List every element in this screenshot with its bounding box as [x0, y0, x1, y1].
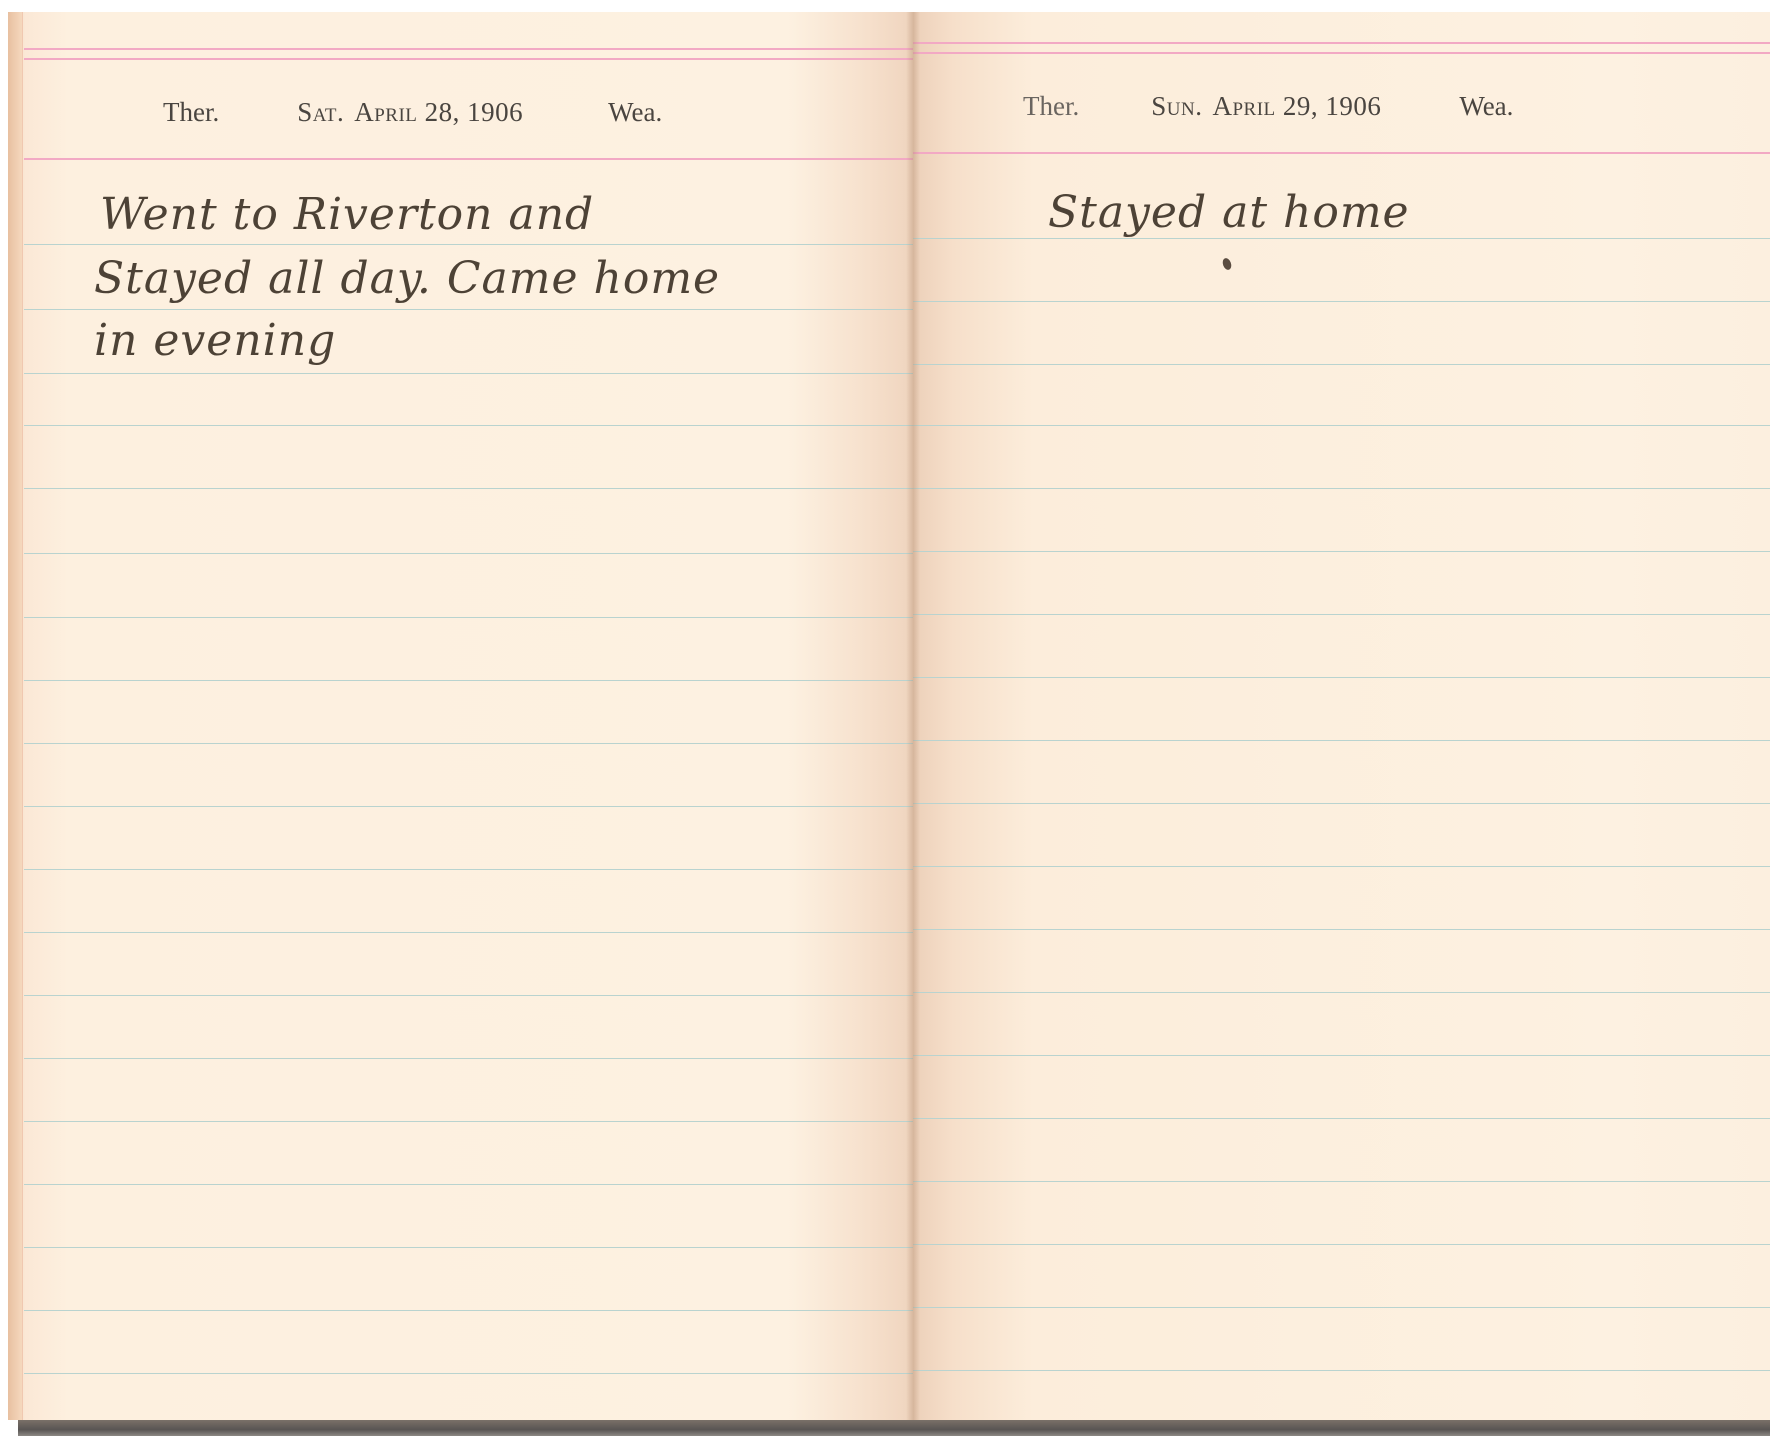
left-page: Ther. Sat. April 28, 1906 Wea. Went to R…: [8, 12, 913, 1420]
entry-line: in evening: [94, 310, 336, 372]
ruled-line: [24, 488, 913, 489]
ruled-line: [913, 1244, 1770, 1245]
ruled-line: [913, 614, 1770, 615]
ruled-line: [24, 373, 913, 374]
ruled-line: [913, 1181, 1770, 1182]
ruled-line: [24, 1310, 913, 1311]
ruled-line: [24, 553, 913, 554]
ruled-line: [913, 1055, 1770, 1056]
book-cover-edge: [18, 1420, 1770, 1436]
ruled-line: [24, 680, 913, 681]
ruled-line: [913, 301, 1770, 302]
page-edge: [8, 12, 23, 1420]
header-rule-top-2: [913, 52, 1770, 54]
ther-label: Ther.: [1023, 91, 1079, 122]
header-rule-top: [24, 48, 913, 50]
diary-spread: Ther. Sat. April 28, 1906 Wea. Went to R…: [8, 12, 1770, 1420]
ruled-line: [913, 1370, 1770, 1371]
header-rule-bottom: [913, 152, 1770, 154]
date-text: April 28, 1906: [354, 97, 523, 128]
ruled-line: [913, 488, 1770, 489]
ruled-line: [24, 1058, 913, 1059]
right-page-header: Ther. Sun. April 29, 1906 Wea.: [1023, 88, 1513, 124]
ruled-line: [24, 869, 913, 870]
ruled-line: [24, 806, 913, 807]
ruled-line: [913, 992, 1770, 993]
header-rule-top-2: [24, 58, 913, 60]
ruled-line: [913, 866, 1770, 867]
ruled-line: [24, 1121, 913, 1122]
ruled-line: [913, 803, 1770, 804]
ruled-line: [913, 1307, 1770, 1308]
ruled-line: [913, 425, 1770, 426]
header-rule-bottom: [24, 158, 913, 160]
ruled-line: [24, 1247, 913, 1248]
ther-label: Ther.: [163, 97, 219, 128]
right-page: Ther. Sun. April 29, 1906 Wea. Stayed at…: [913, 12, 1770, 1420]
ruled-line: [24, 1373, 913, 1374]
ruled-line: [24, 1184, 913, 1185]
ruled-line: [913, 929, 1770, 930]
wea-label: Wea.: [1459, 91, 1513, 122]
ruled-line: [24, 425, 913, 426]
date-day: Sat.: [297, 97, 344, 128]
date-text: April 29, 1906: [1212, 91, 1381, 122]
ruled-line: [24, 995, 913, 996]
ruled-line: [913, 740, 1770, 741]
wea-label: Wea.: [608, 97, 662, 128]
header-rule-top: [913, 42, 1770, 44]
ruled-line: [913, 1118, 1770, 1119]
book-spine: [906, 12, 920, 1420]
date-day: Sun.: [1151, 91, 1202, 122]
ruled-line: [913, 551, 1770, 552]
ruled-line: [24, 743, 913, 744]
ruled-line: [24, 617, 913, 618]
left-page-header: Ther. Sat. April 28, 1906 Wea.: [163, 94, 662, 130]
entry-line: Went to Riverton and: [100, 184, 594, 246]
ink-blot: [1221, 257, 1233, 271]
ruled-line: [913, 364, 1770, 365]
entry-line: Stayed all day. Came home: [94, 248, 720, 310]
entry-line: Stayed at home: [1048, 182, 1410, 244]
ruled-line: [24, 932, 913, 933]
ruled-line: [913, 677, 1770, 678]
